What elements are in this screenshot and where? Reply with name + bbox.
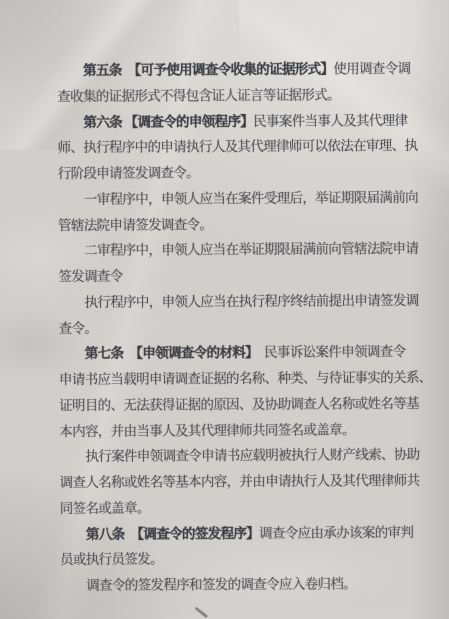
- body-text: 民事案件当事人及其代理律: [253, 112, 407, 128]
- body-text: 执行程序中，申领人应当在执行程序终结前提出申请签发调: [84, 293, 418, 310]
- body-text: 本内容，并由当事人及其代理律师共同签名或盖章。: [59, 422, 355, 439]
- body-text: 员或执行员签发。: [60, 552, 163, 568]
- body-text: 民事诉讼案件申领调查令: [251, 344, 405, 360]
- document-line: 师、执行程序中的申请执行人及其代理律师可以依法在审理、执: [57, 133, 423, 161]
- document-photo: 第五条 【可予使用调查令收集的证据形式】使用调查令调查收集的证据形式不得包含证人…: [0, 0, 449, 619]
- document-line: 申请书应当载明申请调查证据的名称、种类、与待证事实的关系、: [59, 365, 425, 393]
- body-text: 管辖法院申请签发调查令。: [58, 217, 212, 233]
- body-text: 二审程序中，申领人应当在举证期限届满前向管辖法院申请: [84, 241, 418, 258]
- document-line: 执行案件申领调查令申请书应载明被执行人财产线索、协助: [59, 442, 425, 470]
- document-line: 查令。: [59, 313, 425, 341]
- article-heading: 第七条 【申领调查令的材料】: [85, 345, 251, 361]
- document-line: 调查人名称或姓名等基本内容，并由申请执行人及其代理律师共: [60, 468, 426, 496]
- body-text: 调查令应由承办该案的审判: [259, 524, 413, 540]
- document-line: 同签名或盖章。: [60, 494, 426, 522]
- article-heading: 第八条 【调查令的签发程序】: [86, 525, 259, 541]
- document-line: 员或执行员签发。: [60, 545, 426, 573]
- document-line: 证明目的、无法获得证据的原因、及协助调查人名称或姓名等基: [59, 391, 425, 419]
- body-text: 同签名或盖章。: [60, 500, 150, 516]
- body-text: 调查令的签发程序和签发的调查令应入卷归档。: [86, 576, 356, 593]
- body-text: 一审程序中，申领人应当在案件受理后，举证期限届满前向: [84, 190, 418, 207]
- document-line: 查收集的证据形式不得包含证人证言等证据形式。: [57, 82, 423, 110]
- document-line: 二审程序中，申领人应当在举证期限届满前向管辖法院申请: [58, 236, 424, 264]
- document-line: 一审程序中，申领人应当在案件受理后，举证期限届满前向: [58, 185, 424, 213]
- body-text: 使用调查令调: [333, 61, 410, 76]
- body-text: 查令。: [59, 320, 98, 335]
- document-line: 调查令的签发程序和签发的调查令应入卷归档。: [60, 571, 426, 599]
- document-line: 行阶段申请签发调查令。: [58, 159, 424, 187]
- document-text-block: 第五条 【可予使用调查令收集的证据形式】使用调查令调查收集的证据形式不得包含证人…: [57, 56, 426, 599]
- article-heading: 第六条 【调查令的申领程序】: [83, 113, 253, 129]
- document-line: 执行程序中，申领人应当在执行程序终结前提出申请签发调: [58, 288, 424, 316]
- body-text: 证明目的、无法获得证据的原因、及协助调查人名称或姓名等基: [59, 396, 419, 413]
- document-line: 第五条 【可予使用调查令收集的证据形式】使用调查令调: [57, 56, 423, 84]
- document-line: 第七条 【申领调查令的材料】 民事诉讼案件申领调查令: [59, 339, 425, 367]
- document-line: 签发调查令: [58, 262, 424, 290]
- body-text: 签发调查令: [58, 269, 122, 284]
- body-text: 调查人名称或姓名等基本内容，并由申请执行人及其代理律师共: [60, 473, 420, 490]
- body-text: 执行案件申领调查令申请书应载明被执行人财产线索、协助: [85, 447, 419, 464]
- body-text: 申请书应当载明申请调查证据的名称、种类、与待证事实的关系、: [59, 370, 432, 387]
- document-line: 管辖法院申请签发调查令。: [58, 210, 424, 238]
- article-heading: 第五条 【可予使用调查令收集的证据形式】: [83, 61, 333, 78]
- document-line: 本内容，并由当事人及其代理律师共同签名或盖章。: [59, 416, 425, 444]
- document-line: 第六条 【调查令的申领程序】民事案件当事人及其代理律: [57, 107, 423, 135]
- body-text: 行阶段申请签发调查令。: [58, 165, 199, 181]
- body-text: 师、执行程序中的申请执行人及其代理律师可以依法在审理、执: [58, 138, 418, 155]
- body-text: 查收集的证据形式不得包含证人证言等证据形式。: [57, 87, 340, 104]
- document-line: 第八条 【调查令的签发程序】调查令应由承办该案的审判: [60, 519, 426, 547]
- bottom-edge-mark: [195, 607, 208, 618]
